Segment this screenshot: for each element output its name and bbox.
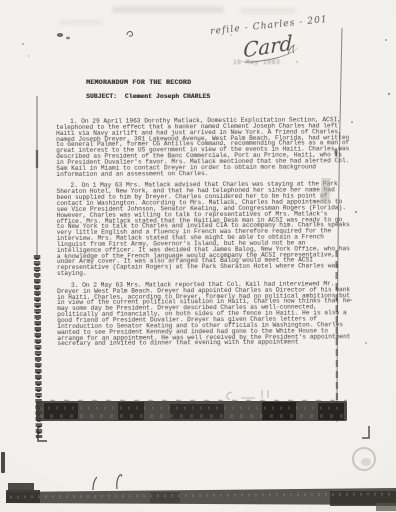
scan-smudge — [60, 21, 102, 24]
bottom-scan-edge — [6, 483, 396, 511]
memo-paragraph-3: 3. On 2 May 63 Mrs. Matlack reported tha… — [57, 281, 352, 347]
memo-body: 1. On 29 April 1963 Dorothy Matlack, Dom… — [56, 117, 352, 353]
ink-specks-top-left — [22, 31, 232, 56]
memo-title: MEMORANDUM FOR THE RECORD — [86, 79, 191, 86]
corner-bracket-left — [38, 428, 47, 441]
left-binding-edge — [37, 96, 39, 438]
memo-paragraph-1: 1. On 29 April 1963 Dorothy Matlack, Dom… — [56, 117, 351, 177]
subject-line: SUBJECT: Clement Joseph CHARLES — [86, 93, 210, 100]
lower-margin-marks — [1, 448, 375, 490]
smudged-text-band — [36, 390, 347, 421]
corner-bracket-right — [362, 426, 369, 438]
date-stamp: 10 May 1963 — [233, 59, 280, 66]
memo-paragraph-2: 2. On 1 May 63 Mrs. Matlack advised that… — [56, 182, 352, 277]
scan-smudge — [112, 7, 224, 12]
scan-smudge — [240, 9, 296, 13]
scanned-memo-page: refile - Charles - 201 Card 10 May 1963 … — [0, 0, 396, 512]
